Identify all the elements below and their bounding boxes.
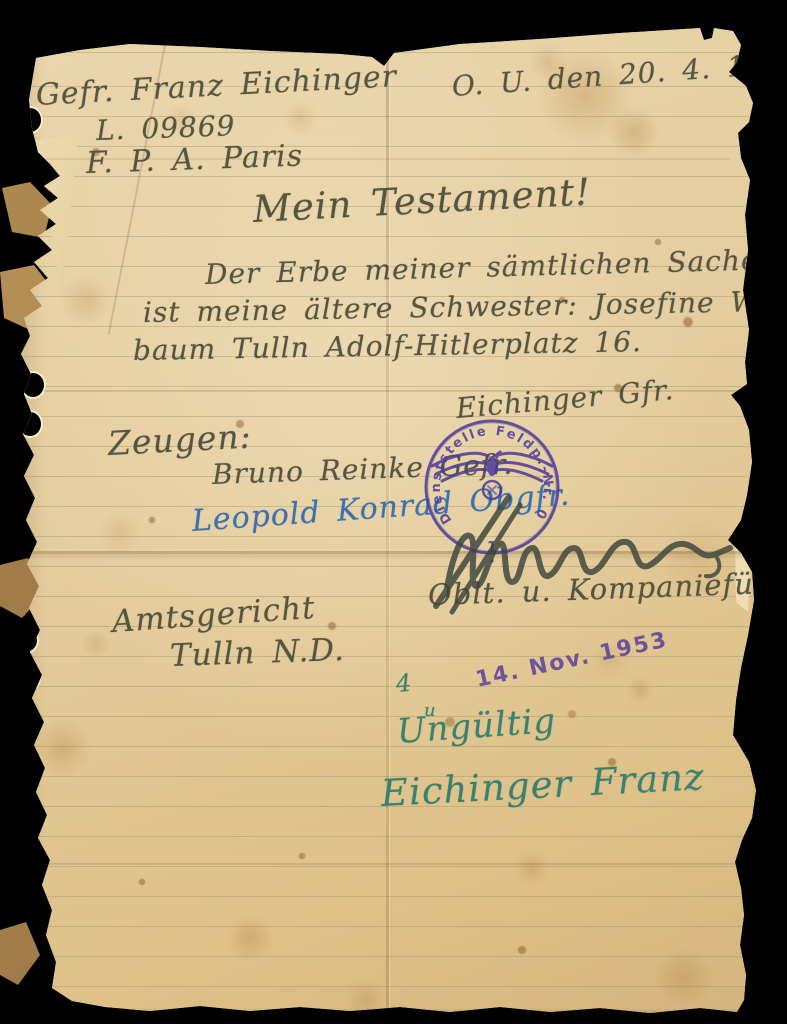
- punch-hole: [17, 666, 39, 690]
- punch-hole: [16, 146, 38, 170]
- annotation-mark: 4: [395, 669, 414, 698]
- punch-hole: [22, 373, 44, 397]
- punch-hole: [18, 886, 40, 910]
- punch-hole: [19, 412, 41, 436]
- fold-crease-horizontal: [28, 863, 743, 865]
- witnesses-heading: Zeugen:: [107, 417, 253, 463]
- court-place-line: Tulln N.D.: [169, 632, 345, 674]
- scanned-document: Gefr. Franz Eichinger L. 09869 F. P. A. …: [0, 0, 787, 1024]
- punch-hole: [15, 628, 37, 652]
- fold-crease-horizontal: [30, 551, 752, 554]
- paper-sheet: Gefr. Franz Eichinger L. 09869 F. P. A. …: [0, 0, 787, 1024]
